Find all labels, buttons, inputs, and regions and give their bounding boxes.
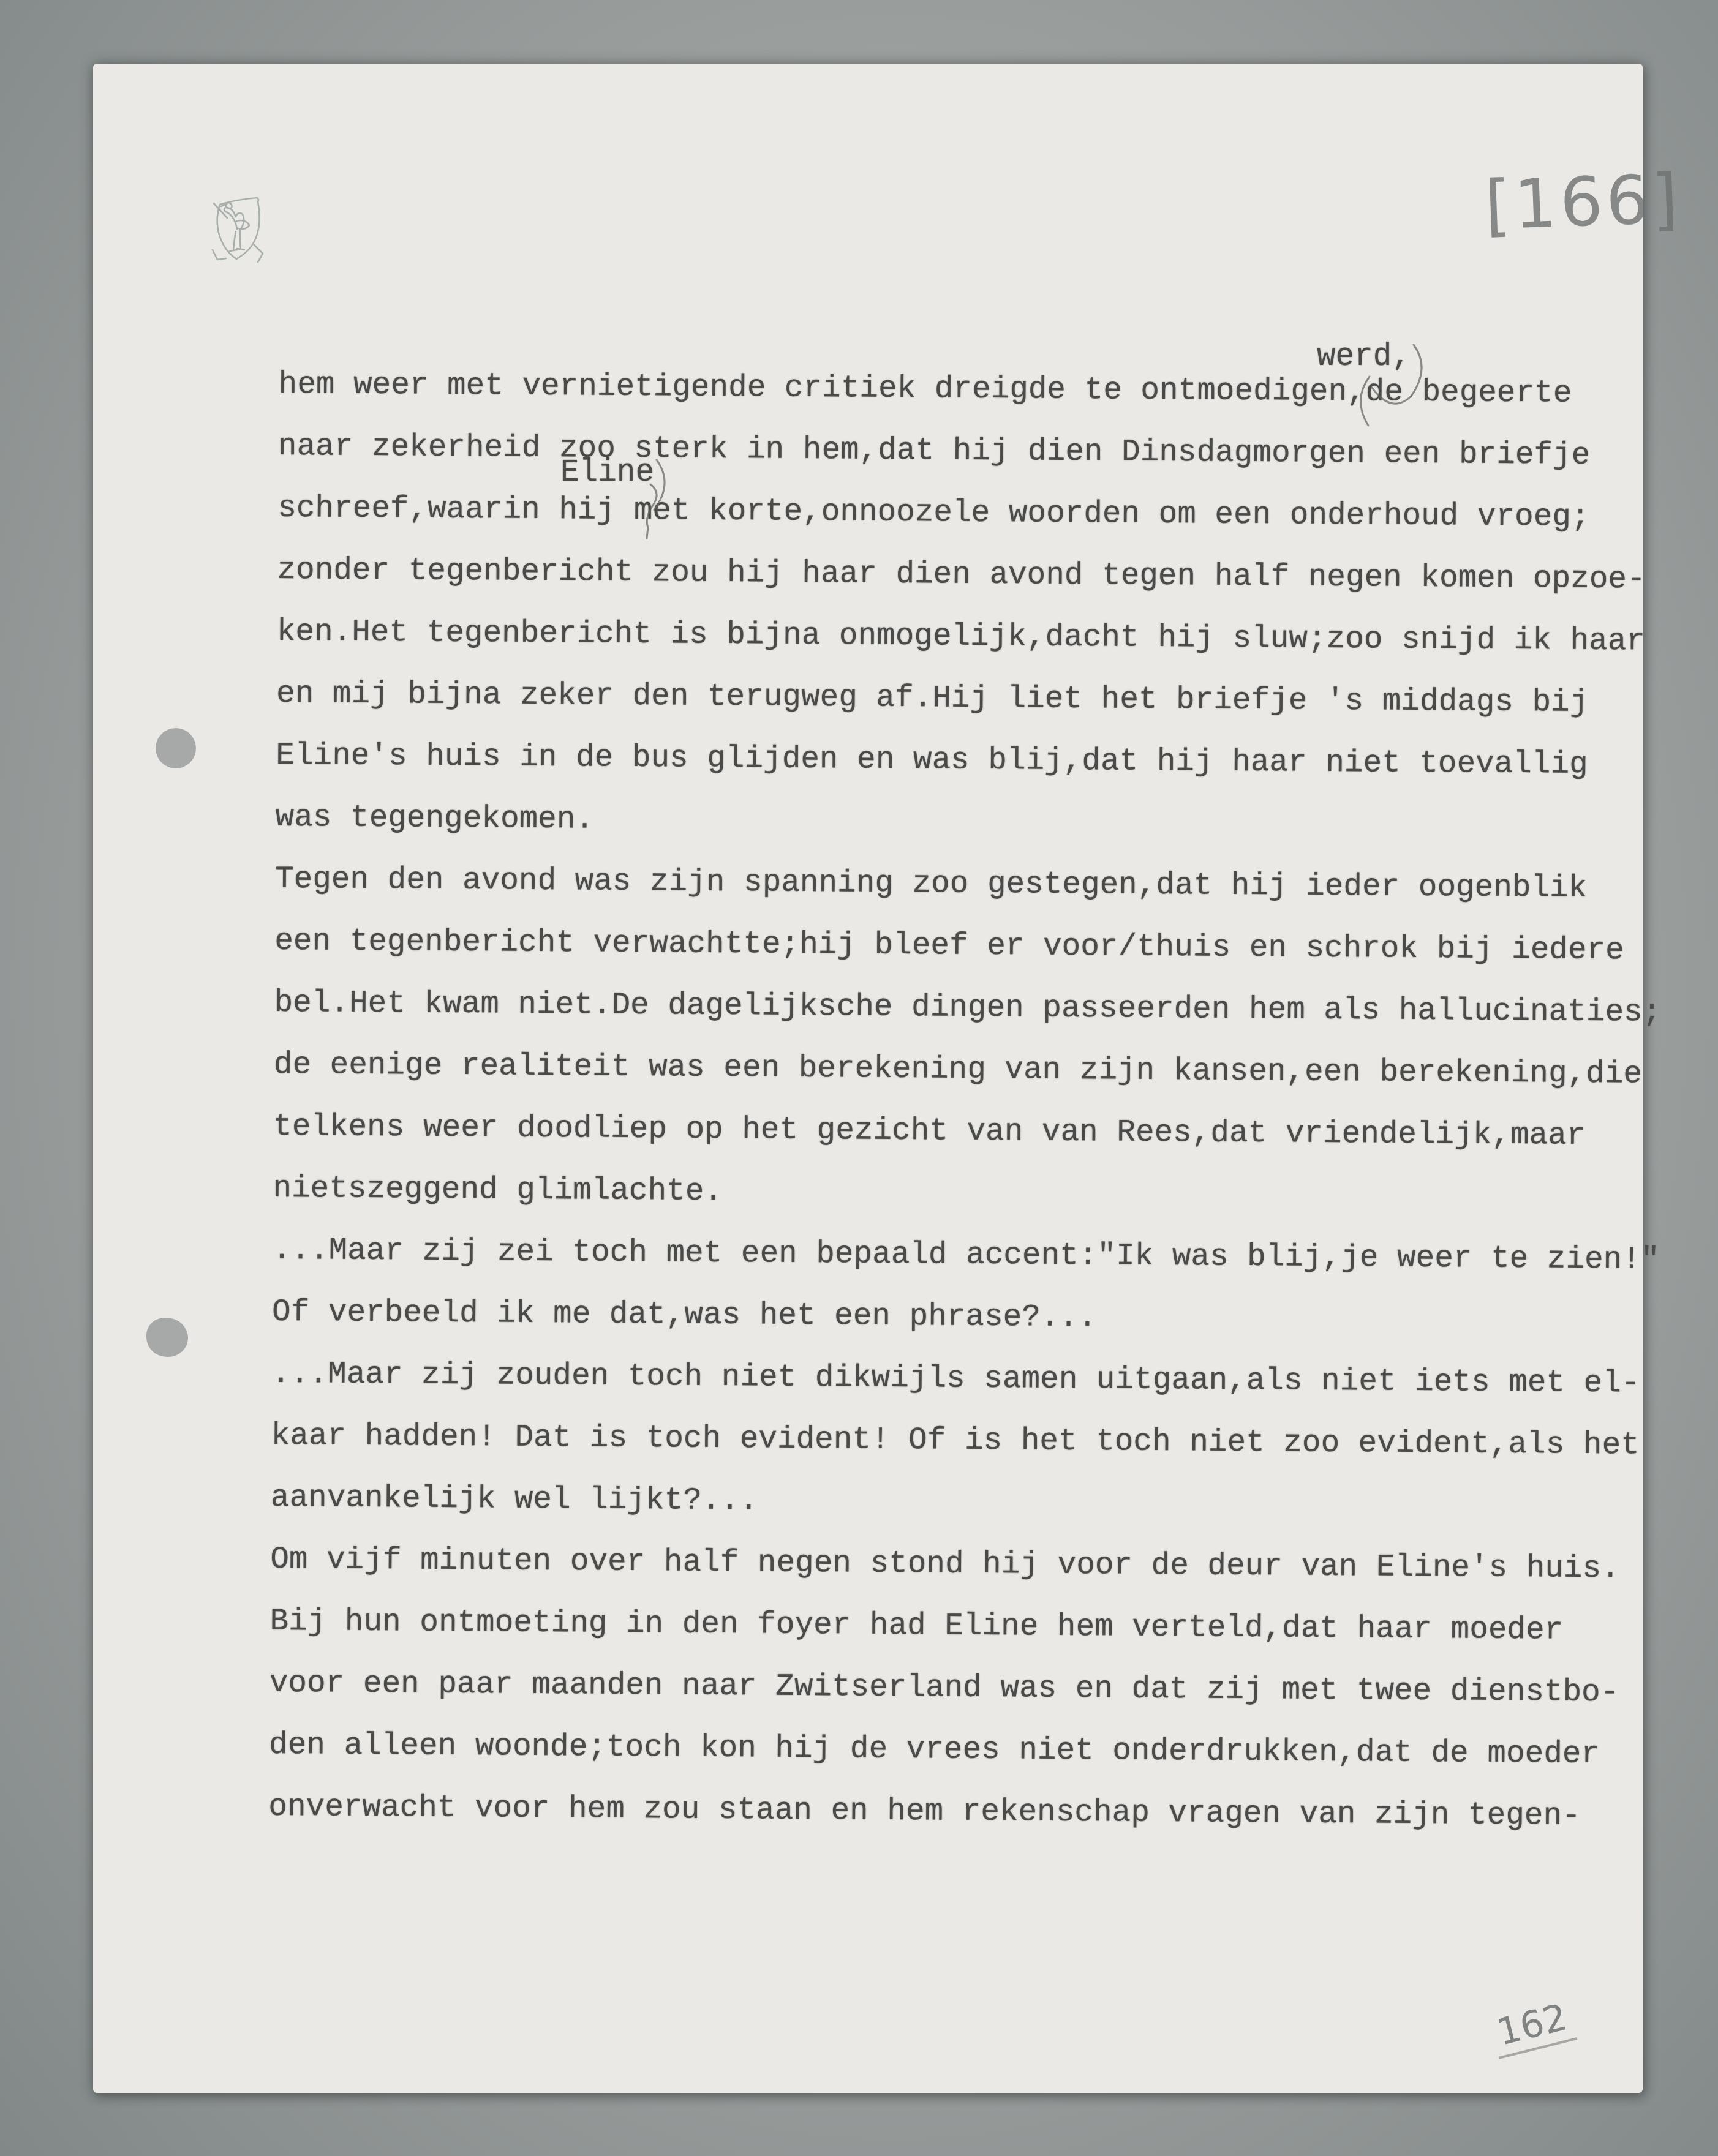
typed-line: Eline's huis in de bus glijden en was bl… [276, 725, 1663, 797]
typed-line: Of verbeeld ik me dat,was het een phrase… [272, 1282, 1659, 1353]
punch-hole [156, 728, 196, 768]
typed-text-block: hem weer met vernietigende critiek dreig… [268, 354, 1666, 1848]
typed-line: ken.Het tegenbericht is bijna onmogelijk… [276, 601, 1663, 673]
typed-line: zonder tegenbericht zou hij haar dien av… [277, 539, 1664, 611]
typed-line: ...Maar zij zei toch met een bepaald acc… [272, 1220, 1659, 1291]
typed-line: aanvankelijk wel lijkt?... [271, 1467, 1658, 1539]
typed-line: telkens weer doodliep op het gezicht van… [273, 1096, 1660, 1168]
typed-line: naar zekerheid zoo sterk in hem,dat hij … [278, 416, 1665, 487]
document-page: [166] hem weer met vernietigende critiek… [93, 64, 1643, 2093]
punch-hole [146, 1318, 188, 1357]
typed-line: Bij hun ontmoeting in den foyer had Elin… [269, 1591, 1657, 1662]
typed-line: kaar hadden! Dat is toch evident! Of is … [271, 1405, 1658, 1477]
typed-line: ...Maar zij zouden toch niet dikwijls sa… [271, 1343, 1659, 1415]
insertion-caret-marks [1294, 336, 1453, 489]
typed-line: schreef,waarin hij met korte,onnoozele w… [277, 478, 1665, 549]
typed-line: bel.Het kwam niet.De dagelijksche dingen… [274, 972, 1661, 1044]
archive-stamp-icon [205, 190, 273, 269]
insertion-caret-marks [546, 453, 706, 612]
typed-line: de eenige realiteit was een berekening v… [274, 1034, 1661, 1106]
typed-line: Tegen den avond was zijn spanning zoo ge… [275, 849, 1662, 920]
page-number-top: [166] [1483, 159, 1682, 244]
scan-background: { "annotations": { "top_page_number": "[… [0, 0, 1718, 2156]
typed-line: hem weer met vernietigende critiek dreig… [278, 354, 1665, 426]
typed-line: was tegengekomen. [275, 787, 1662, 858]
typed-line: en mij bijna zeker den terugweg af.Hij l… [276, 663, 1663, 735]
typed-line: voor een paar maanden naar Zwitserland w… [269, 1653, 1656, 1724]
typed-line: onverwacht voor hem zou staan en hem rek… [268, 1776, 1656, 1848]
typed-line: den alleen woonde;toch kon hij de vrees … [269, 1715, 1656, 1786]
page-number-bottom: 162 [1488, 1994, 1577, 2059]
typed-line: Om vijf minuten over half negen stond hi… [270, 1529, 1657, 1601]
typed-line: een tegenbericht verwachtte;hij bleef er… [274, 911, 1662, 982]
typed-line: nietszeggend glimlachte. [273, 1158, 1660, 1230]
